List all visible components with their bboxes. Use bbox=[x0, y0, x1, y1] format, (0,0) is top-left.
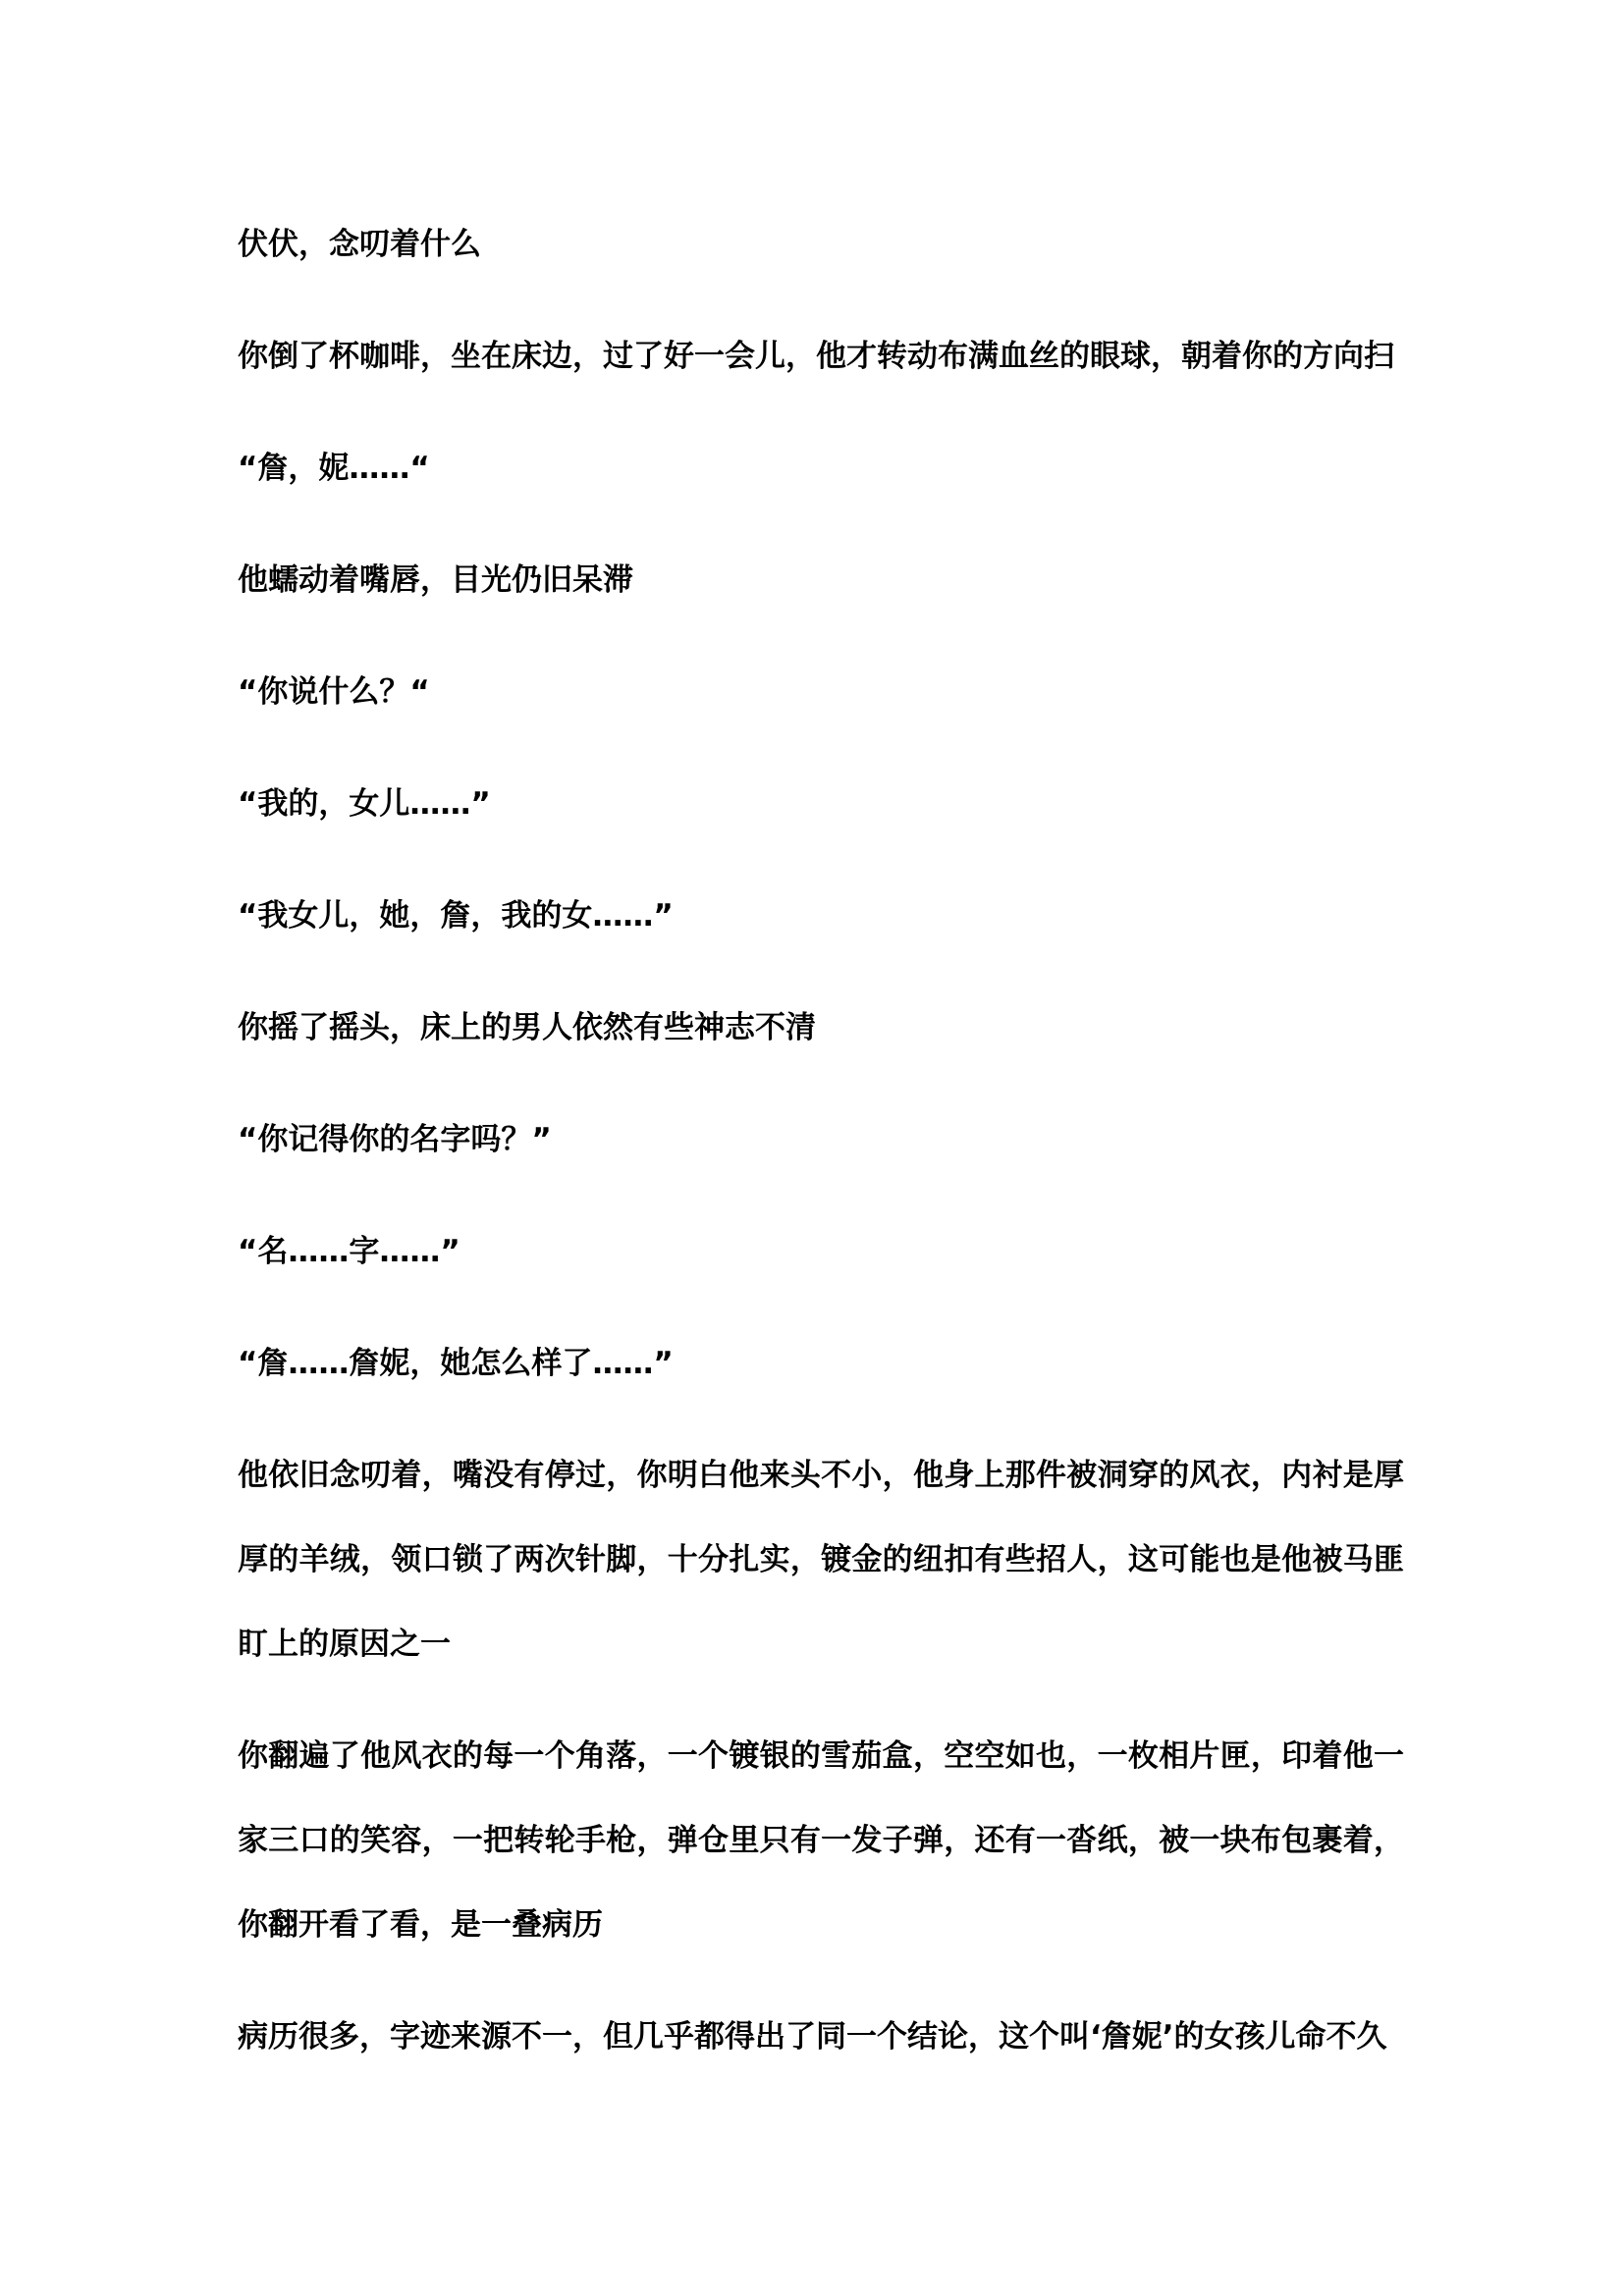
paragraph: 你翻遍了他风衣的每一个角落，一个镀银的雪茄盒，空空如也，一枚相片匣，印着他一家三… bbox=[238, 1714, 1404, 1967]
text-line: “我女儿，她，詹，我的女……” bbox=[238, 874, 1404, 958]
text-line: “我的，女儿……” bbox=[238, 762, 1404, 846]
text-line: “詹，妮……“ bbox=[238, 426, 1404, 510]
text-line: “名……字……” bbox=[238, 1209, 1404, 1294]
text-line: “詹……詹妮，她怎么样了……” bbox=[238, 1321, 1404, 1406]
text-line: 伏伏，念叨着什么 bbox=[238, 202, 1404, 287]
paragraph: 你倒了杯咖啡，坐在床边，过了好一会儿，他才转动布满血丝的眼球，朝着你的方向扫 bbox=[238, 314, 1404, 399]
paragraph: “詹……詹妮，她怎么样了……” bbox=[238, 1321, 1404, 1406]
paragraph: “我的，女儿……” bbox=[238, 762, 1404, 846]
text-line: 他依旧念叨着，嘴没有停过，你明白他来头不小，他身上那件被洞穿的风衣，内衬是厚 bbox=[238, 1433, 1404, 1518]
paragraph: “你记得你的名字吗？” bbox=[238, 1097, 1404, 1182]
paragraph: 他蠕动着嘴唇，目光仍旧呆滞 bbox=[238, 538, 1404, 622]
text-line: “你记得你的名字吗？” bbox=[238, 1097, 1404, 1182]
paragraph: 他依旧念叨着，嘴没有停过，你明白他来头不小，他身上那件被洞穿的风衣，内衬是厚厚的… bbox=[238, 1433, 1404, 1686]
text-line: 病历很多，字迹来源不一，但几乎都得出了同一个结论，这个叫‘詹妮’的女孩儿命不久 bbox=[238, 1995, 1404, 2079]
text-line: “你说什么？“ bbox=[238, 650, 1404, 734]
document-body: 伏伏，念叨着什么你倒了杯咖啡，坐在床边，过了好一会儿，他才转动布满血丝的眼球，朝… bbox=[238, 202, 1404, 2079]
text-line: 家三口的笑容，一把转轮手枪，弹仓里只有一发子弹，还有一沓纸，被一块布包裹着， bbox=[238, 1798, 1404, 1883]
paragraph: 病历很多，字迹来源不一，但几乎都得出了同一个结论，这个叫‘詹妮’的女孩儿命不久 bbox=[238, 1995, 1404, 2079]
text-line: 你摇了摇头，床上的男人依然有些神志不清 bbox=[238, 986, 1404, 1070]
paragraph: “名……字……” bbox=[238, 1209, 1404, 1294]
text-line: 厚的羊绒，领口锁了两次针脚，十分扎实，镀金的纽扣有些招人，这可能也是他被马匪 bbox=[238, 1518, 1404, 1602]
document-page: 伏伏，念叨着什么你倒了杯咖啡，坐在床边，过了好一会儿，他才转动布满血丝的眼球，朝… bbox=[0, 0, 1624, 2296]
paragraph: “你说什么？“ bbox=[238, 650, 1404, 734]
text-line: 你倒了杯咖啡，坐在床边，过了好一会儿，他才转动布满血丝的眼球，朝着你的方向扫 bbox=[238, 314, 1404, 399]
paragraph: 你摇了摇头，床上的男人依然有些神志不清 bbox=[238, 986, 1404, 1070]
text-line: 你翻开看了看，是一叠病历 bbox=[238, 1883, 1404, 1967]
paragraph: “詹，妮……“ bbox=[238, 426, 1404, 510]
text-line: 他蠕动着嘴唇，目光仍旧呆滞 bbox=[238, 538, 1404, 622]
paragraph: 伏伏，念叨着什么 bbox=[238, 202, 1404, 287]
text-line: 你翻遍了他风衣的每一个角落，一个镀银的雪茄盒，空空如也，一枚相片匣，印着他一 bbox=[238, 1714, 1404, 1798]
paragraph: “我女儿，她，詹，我的女……” bbox=[238, 874, 1404, 958]
text-line: 盯上的原因之一 bbox=[238, 1602, 1404, 1686]
